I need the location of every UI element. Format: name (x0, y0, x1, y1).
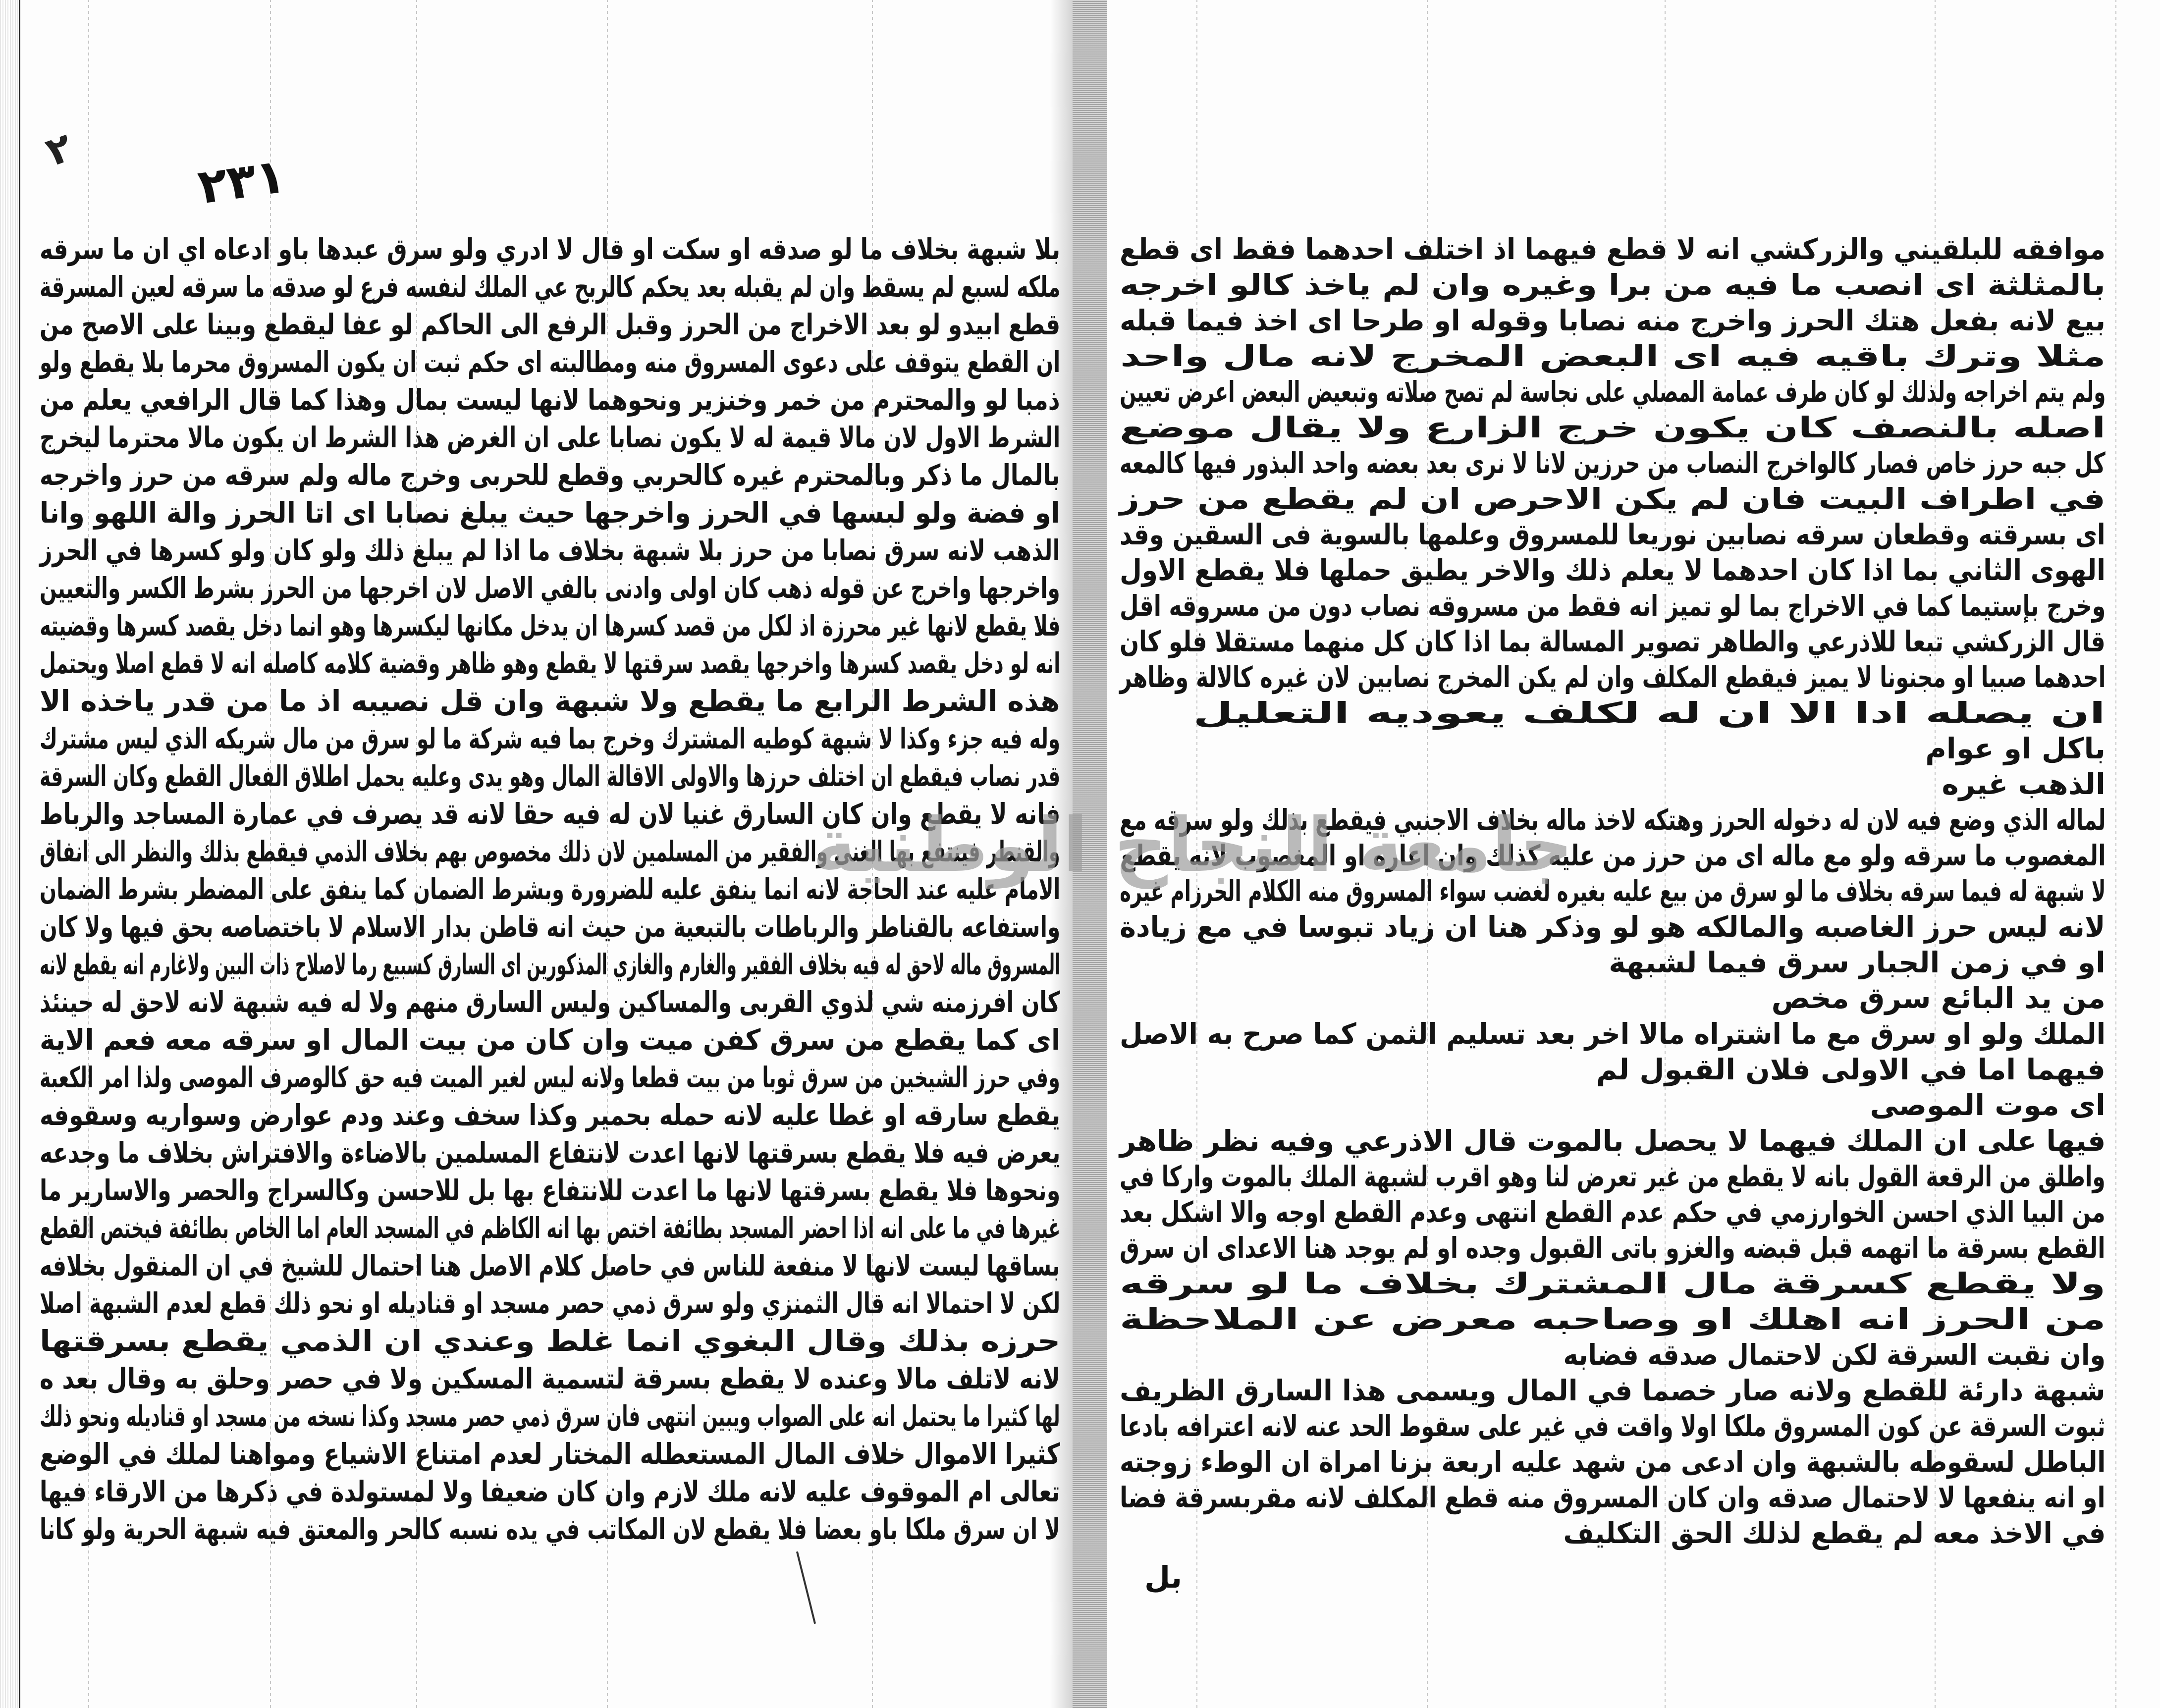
manuscript-line: يقطع سارقه او غطا عليه لانه حمله بحمير و… (40, 1099, 1060, 1131)
manuscript-line: في الاخذ معه لم يقطع لذلك الحق التكليف (1563, 1517, 2106, 1549)
manuscript-line: ثبوت السرقة عن كون المسروق ملكا اولا واق… (1120, 1410, 2106, 1442)
manuscript-line: كل جبه حرز خاص فصار كالواخرج النصاب من ح… (1120, 447, 2106, 480)
manuscript-line: اصله بالنصف كان يكون خرج الزارع ولا يقال… (1120, 411, 2106, 444)
manuscript-line: او انه ينفعها لا لاحتمال صدقه وان كان ال… (1120, 1481, 2106, 1514)
manuscript-line: ولا يقطع كسرقة مال المشترك بخلاف ما لو س… (1120, 1267, 2106, 1300)
catchword: بل (1144, 1560, 1182, 1595)
manuscript-line: غيرها في ما على انه اذا احضر المسجد بطائ… (40, 1212, 1060, 1244)
manuscript-line: ان يصله ادا الا ان له لكلف يعوديه التعلي… (1193, 696, 2106, 729)
manuscript-line: القطع بسرقة ما اتهمه قبل قبضه والغزو بات… (1120, 1231, 2106, 1264)
manuscript-line: الذهب لانه سرق نصابا من حرز بلا شبهة بخل… (40, 534, 1060, 567)
manuscript-line: الذهب غيره (1942, 768, 2106, 801)
manuscript-line: ولم يتم اخراجه ولذلك لو كان طرف عمامة ال… (1120, 375, 2106, 408)
manuscript-line: من الحرز انه اهلك او وصاحبه معرض عن المل… (1120, 1303, 2106, 1335)
library-watermark: جامعة النجاح الوطنية (812, 802, 1573, 889)
manuscript-spread: ٢ ٢٣١ بلا شبهة بخلاف ما لو صدقه او سكت ا… (0, 0, 2160, 1708)
manuscript-line: من يد البائع سرق مخص (1772, 982, 2106, 1014)
manuscript-line: كثيرا الاموال خلاف المال المستعطله المخت… (40, 1438, 1060, 1470)
manuscript-line: لها كثيرا ما يحتمل انه على الصواب ويبين … (40, 1400, 1060, 1433)
manuscript-line: اى كما يقطع من سرق كفن ميت وان كان من بي… (40, 1023, 1060, 1056)
manuscript-line: واخرجها واخرج عن قوله ذهب كان اولى وادنى… (40, 572, 1060, 604)
manuscript-line: هذه الشرط الرابع ما يقطع ولا شبهة وان قل… (40, 685, 1060, 717)
manuscript-line: وله فيه جزء وكذا لا شبهة كوطيه المشترك و… (40, 722, 1060, 755)
manuscript-line: لانه ليس حرز الغاصبه والمالكه هو لو وذكر… (1120, 910, 2106, 943)
manuscript-line: قال الزركشي تبعا للاذرعي والطاهر تصوير ا… (1120, 625, 2106, 658)
manuscript-line: تعالى ام الموقوف عليه لانه ملك لازم وان … (40, 1475, 1060, 1508)
manuscript-line: بلا شبهة بخلاف ما لو صدقه او سكت او قال … (40, 233, 1060, 266)
manuscript-line: واطلق من الرقعة القول بانه لا يقطع من غي… (1120, 1160, 2106, 1193)
manuscript-line: مثلا وترك باقيه فيه اى البعض المخرج لانه… (1120, 340, 2106, 373)
manuscript-line: بساقها ليست لانها لا منفعة للناس في حاصل… (40, 1249, 1060, 1282)
manuscript-line: انه لو دخل يقصد كسرها واخرجها يقصد سرقته… (40, 647, 1060, 680)
manuscript-line: واستفاعه بالقناطر والرباطات بالتبعية من … (40, 910, 1060, 943)
manuscript-line: الملك ولو او سرق مع ما اشتراه مالا اخر ب… (1120, 1017, 2106, 1050)
manuscript-line: الباطل لسقوطه بالشبهة وان ادعى من شهد عل… (1120, 1445, 2106, 1478)
manuscript-line: من البيا الذي احسن الخوارزمي في حكم عدم … (1120, 1196, 2106, 1228)
manuscript-line: او فضة ولو لبسها في الحرز واخرجها حيث يب… (40, 496, 1060, 529)
manuscript-line: بالمثلثة اى انصب ما فيه من برا وغيره وان… (1120, 268, 2106, 301)
manuscript-line: باكل او عوام (1925, 732, 2106, 765)
manuscript-line: وخرج بإستيما كما في الاخراج بما لو تميز … (1120, 589, 2106, 622)
manuscript-line: بيع لانه بفعل هتك الحرز واخرج منه نصابا … (1120, 304, 2106, 337)
manuscript-line: فلا يقطع لانها غير محرزة اذ لكل من قصد ك… (40, 609, 1060, 642)
page-edge-line (19, 0, 20, 1708)
manuscript-line: فيهما اما في الاولى فلان القبول لم (1596, 1053, 2106, 1086)
manuscript-line: ذمبا لو والمحترم من خمر وخنزير ونحوهما ل… (40, 383, 1060, 416)
manuscript-line: حرزه بذلك وقال البغوي انما غلط وعندي ان … (40, 1325, 1060, 1357)
manuscript-line: احدهما صبيا او مجنونا لا يميز فيقطع المك… (1120, 661, 2106, 694)
manuscript-line: ونحوها فلا يقطع بسرقتها لانها ما اعدت لل… (40, 1174, 1060, 1207)
manuscript-line: في اطراف البيت فان لم يكن الاحرص ان لم ي… (1120, 482, 2106, 515)
manuscript-line: او في زمن الجبار سرق فيما لشبهة (1609, 946, 2106, 979)
manuscript-line: اى بسرقته وقطعان سرقه نصابين نوريعا للمس… (1120, 518, 2106, 551)
manuscript-line: اى موت الموصى (1870, 1089, 2106, 1121)
manuscript-line: الشرط الاول لان مالا قيمة له لا يكون نصا… (40, 421, 1060, 454)
manuscript-line: فيها على ان الملك فيهما لا يحصل بالموت ق… (1120, 1124, 2106, 1157)
manuscript-line: لكن لا احتمالا انه قال الثمنزي ولو سرق ذ… (40, 1287, 1060, 1320)
manuscript-line: وفي حرز الشيخين من سرق ثوبا من بيت قطعا … (40, 1061, 1060, 1094)
manuscript-line: موافقه للبلقيني والزركشي انه لا قطع فيهم… (1120, 233, 2106, 266)
left-page-text: بلا شبهة بخلاف ما لو صدقه او سكت او قال … (30, 233, 1060, 1620)
page-edge-left (0, 0, 20, 1708)
manuscript-line: قدر نصاب فيقطع ان اختلف حرزها والاولى ال… (40, 760, 1060, 793)
manuscript-line: لانه لاتلف مالا وعنده لا يقطع بسرقة لتسم… (40, 1362, 1060, 1395)
manuscript-line: قطع ابيدو لو بعد الاخراج من الحرز وقبل ا… (40, 308, 1060, 341)
manuscript-line: شبهة دارئة للقطع ولانه صار خصما في المال… (1120, 1374, 2106, 1407)
manuscript-line: ان القطع يتوقف على دعوى المسروق منه ومطا… (40, 346, 1060, 378)
manuscript-line: لا ان سرق ملكا باو بعضا فلا يقطع لان الم… (40, 1513, 1060, 1546)
manuscript-line: وان نقبت السرقة لكن لاحتمال صدقه فضابه (1563, 1338, 2106, 1371)
right-page-text: موافقه للبلقيني والزركشي انه لا قطع فيهم… (1110, 233, 2106, 1620)
manuscript-line: كان افرزمنه شي لذوي القربى والمساكين ولي… (40, 986, 1060, 1018)
manuscript-line: يعرض فيه فلا يقطع بسرقتها لانها اعدت لان… (40, 1136, 1060, 1169)
manuscript-line: الهوى الثاني بما اذا كان احدهما لا يعلم … (1120, 554, 2106, 587)
manuscript-line: المسروق ماله لاحق له فيه بخلاف الفقير وا… (40, 948, 1060, 981)
manuscript-line: ملكه لسبع لم يسقط وان لم يقبله بعد يحكم … (40, 270, 1060, 303)
manuscript-line: بالمال ما ذكر وبالمحترم غيره كالحربي وقط… (40, 459, 1060, 491)
